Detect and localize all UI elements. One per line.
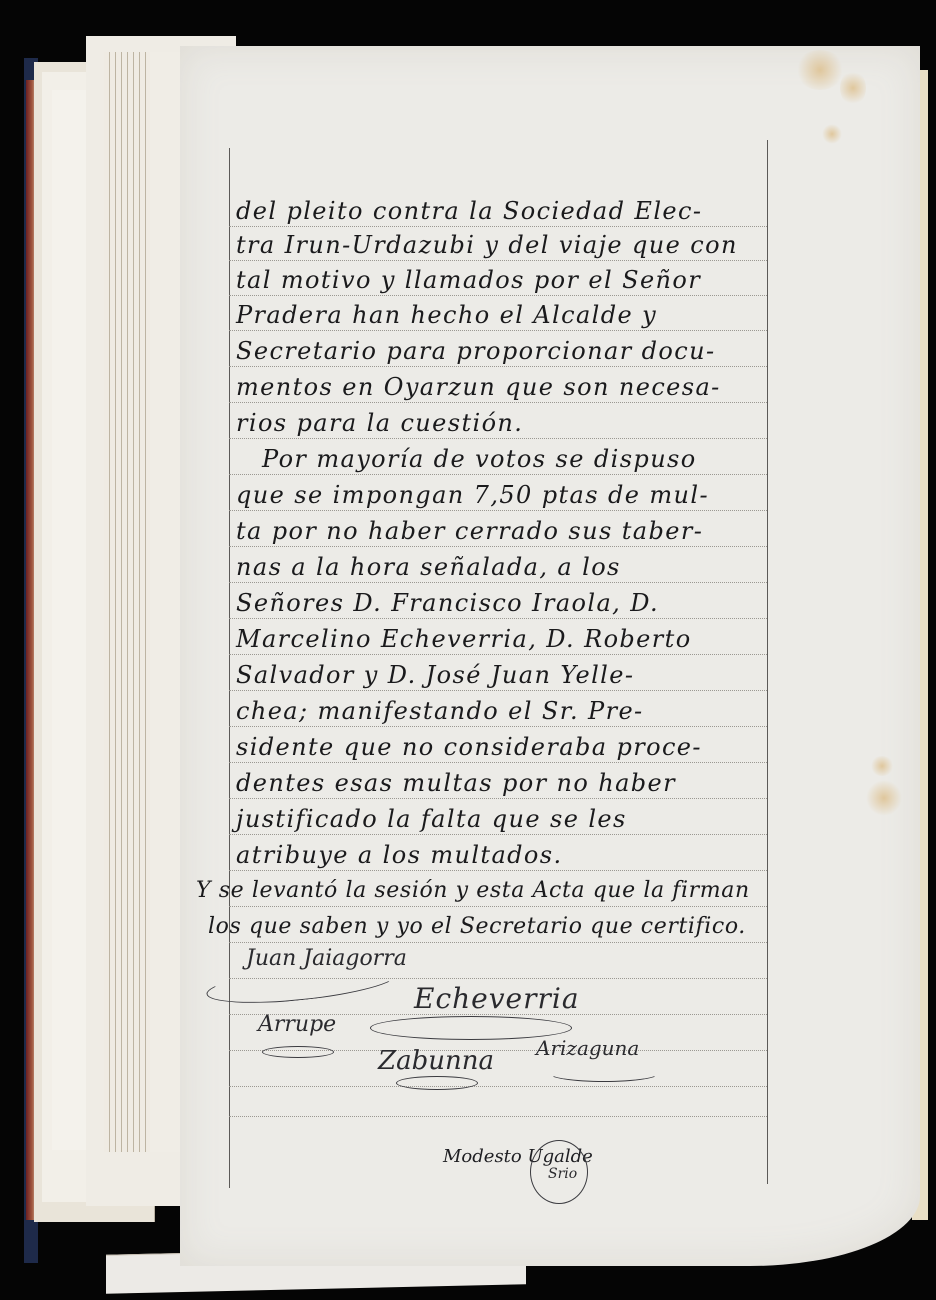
text-line: nas a la hora señalada, a los (236, 550, 776, 584)
text-line: del pleito contra la Sociedad Elec- (236, 194, 776, 228)
closing-line: Y se levantó la sesión y esta Acta que l… (196, 874, 786, 908)
text-line: atribuye a los multados. (236, 838, 776, 872)
closing-line: los que saben y yo el Secretario que cer… (208, 910, 788, 944)
text-line: Salvador y D. José Juan Yelle- (236, 658, 776, 692)
text-line: chea; manifestando el Sr. Pre- (236, 694, 776, 728)
foxing-stain (795, 50, 845, 90)
text-line: sidente que no consideraba proce- (236, 730, 776, 764)
text-line: Marcelino Echeverria, D. Roberto (236, 622, 776, 656)
foxing-stain (840, 70, 866, 106)
secretary-rubric: Srio (548, 1166, 577, 1182)
signature-flourish (396, 1076, 478, 1090)
text-line: dentes esas multas por no haber (236, 766, 776, 800)
left-margin-line (229, 148, 230, 1188)
text-line: Secretario para proporcionar docu- (236, 334, 776, 368)
text-line: Pradera han hecho el Alcalde y (236, 298, 776, 332)
foxing-stain (870, 756, 894, 776)
text-line: ta por no haber cerrado sus taber- (236, 514, 776, 548)
signature-arrupe: Arrupe (258, 1012, 336, 1037)
signature-echeverria: Echeverria (414, 982, 580, 1015)
text-line: Señores D. Francisco Iraola, D. (236, 586, 776, 620)
signature-flourish (262, 1046, 334, 1058)
text-line: Por mayoría de votos se dispuso (262, 442, 802, 476)
text-line: tra Irun-Urdazubi y del viaje que con (236, 228, 776, 262)
text-line: mentos en Oyarzun que son necesa- (236, 370, 776, 404)
signature-arizaguna: Arizaguna (536, 1036, 639, 1060)
signature-zabunna: Zabunna (378, 1046, 494, 1076)
signature-flourish (548, 1064, 660, 1082)
ruled-line (229, 1086, 767, 1087)
text-line: tal motivo y llamados por el Señor (236, 263, 776, 297)
text-line: que se impongan 7,50 ptas de mul- (236, 478, 776, 512)
text-line: justificado la falta que se les (236, 802, 776, 836)
foxing-stain (822, 124, 842, 144)
text-line: rios para la cuestión. (236, 406, 776, 440)
foxing-stain (866, 780, 902, 816)
ruled-line (229, 1116, 767, 1117)
page-leaf (150, 52, 182, 1152)
